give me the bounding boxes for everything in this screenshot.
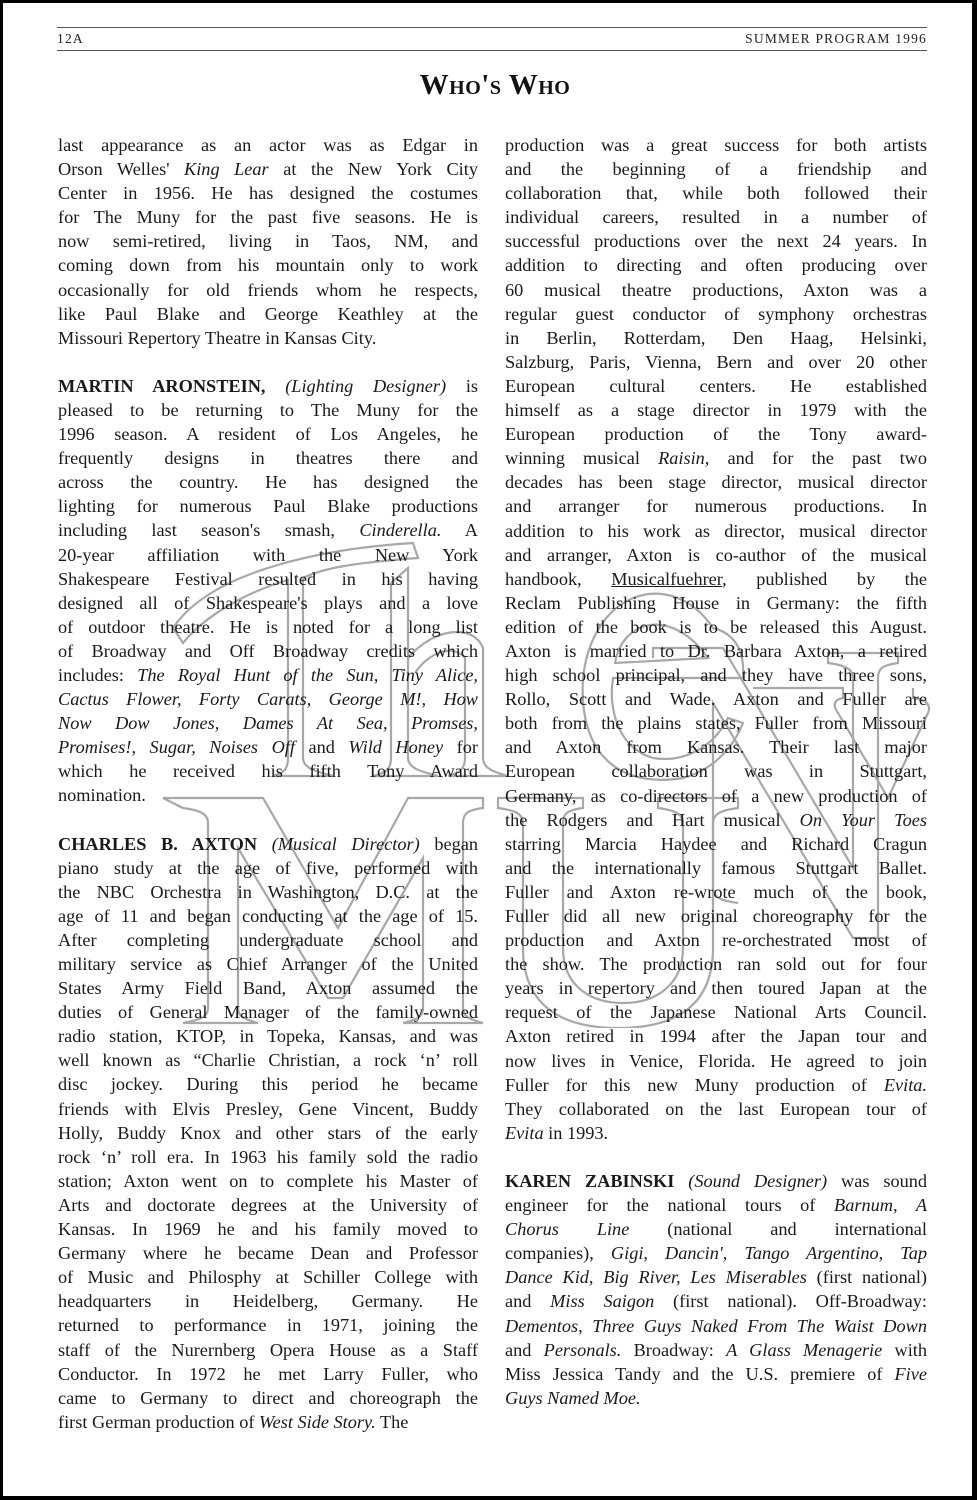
text-line: friends with Elvis Presley, Gene Vincent…: [58, 1097, 478, 1121]
text-line: and the beginning of a friendship and: [505, 157, 927, 181]
text-line: Dementos, Three Guys Naked From The Wais…: [505, 1314, 927, 1338]
text-line: nomination.: [58, 783, 478, 807]
text-line: addition to directing and often producin…: [505, 253, 927, 277]
underlined-title: Musicalfuehrer: [611, 569, 722, 589]
bio-karen-zabinski: KAREN ZABINSKI (Sound Designer) was soun…: [505, 1169, 927, 1410]
italic-title: Cinderella.: [359, 520, 441, 540]
italic-title: Personals.: [544, 1340, 622, 1360]
text-line: of outdoor theatre. He is noted for a lo…: [58, 615, 478, 639]
right-column: production was a great success for both …: [505, 133, 927, 1434]
text-line: addition to his work as director, musica…: [505, 519, 927, 543]
bio-name: MARTIN ARONSTEIN,: [58, 376, 266, 396]
text-line: last appearance as an actor was as Edgar…: [58, 133, 478, 157]
text-line: European collaboration was in Stuttgart,: [505, 759, 927, 783]
italic-title: Dementos, Three Guys Naked From The Wais…: [505, 1316, 927, 1336]
text-line: KAREN ZABINSKI (Sound Designer) was soun…: [505, 1169, 927, 1193]
italic-title: King Lear: [184, 159, 269, 179]
italic-title: Dance Kid, Big River, Les Miserables: [505, 1267, 807, 1287]
text-line: production was a great success for both …: [505, 133, 927, 157]
bio-charles-axton: CHARLES B. AXTON (Musical Director) bega…: [58, 832, 478, 1434]
text-line: the show. The production ran sold out fo…: [505, 952, 927, 976]
italic-title: A Glass Menagerie: [726, 1340, 882, 1360]
bio-continuation: last appearance as an actor was as Edgar…: [58, 133, 478, 350]
text-line: occasionally for old friends whom he res…: [58, 278, 478, 302]
bio-role: (Sound Designer): [688, 1171, 827, 1191]
text-line: collaboration that, while both followed …: [505, 181, 927, 205]
italic-title: Five: [895, 1364, 927, 1384]
text-line: for The Muny for the past five seasons. …: [58, 205, 478, 229]
text-line: now lives in Venice, Florida. He agreed …: [505, 1049, 927, 1073]
italic-title: Promises!, Sugar, Noises Off: [58, 737, 295, 757]
text-line: years in repertory and then toured Japan…: [505, 976, 927, 1000]
text-line: successful productions over the next 24 …: [505, 229, 927, 253]
bio-name: KAREN ZABINSKI: [505, 1171, 674, 1191]
italic-title: Guys Named Moe.: [505, 1388, 641, 1408]
text-line: like Paul Blake and George Keathley at t…: [58, 302, 478, 326]
text-line: handbook, Musicalfuehrer, published by t…: [505, 567, 927, 591]
text-line: and Axton from Kansas. Their last major: [505, 735, 927, 759]
italic-title: Now Dow Jones, Dames At Sea, Promses,: [58, 713, 478, 733]
bio-role: (Musical Director): [272, 834, 420, 854]
text-line: individual careers, resulted in a number…: [505, 205, 927, 229]
text-line: After completing undergraduate school an…: [58, 928, 478, 952]
text-line: Fuller and Axton re-wrote much of the bo…: [505, 880, 927, 904]
text-line: engineer for the national tours of Barnu…: [505, 1193, 927, 1217]
text-line: both from the plains states, Fuller from…: [505, 711, 927, 735]
text-line: disc jockey. During this period he becam…: [58, 1072, 478, 1096]
text-line: 20-year affiliation with the New York: [58, 543, 478, 567]
text-line: well known as “Charlie Christian, a rock…: [58, 1048, 478, 1072]
text-line: staff of the Nurernberg Opera House as a…: [58, 1338, 478, 1362]
italic-title: Gigi, Dancin', Tango Argentino, Tap: [611, 1243, 927, 1263]
text-line: production and Axton re-orchestrated mos…: [505, 928, 927, 952]
text-line: headquarters in Heidelberg, Germany. He: [58, 1289, 478, 1313]
italic-title: Barnum, A: [834, 1195, 927, 1215]
text-line: Dance Kid, Big River, Les Miserables (fi…: [505, 1265, 927, 1289]
text-line: frequently designs in theatres there and: [58, 446, 478, 470]
text-line: Axton retired in 1994 after the Japan to…: [505, 1024, 927, 1048]
text-line: decades has been stage director, musical…: [505, 470, 927, 494]
text-line: CHARLES B. AXTON (Musical Director) bega…: [58, 832, 478, 856]
text-line: and the internationally famous Stuttgart…: [505, 856, 927, 880]
text-line: coming down from his mountain only to wo…: [58, 253, 478, 277]
text-line: in Berlin, Rotterdam, Den Haag, Helsinki…: [505, 326, 927, 350]
text-line: Salzburg, Paris, Vienna, Bern and over 2…: [505, 350, 927, 374]
text-line: returned to performance in 1971, joining…: [58, 1313, 478, 1337]
italic-title: Evita.: [884, 1075, 927, 1095]
text-line: station; Axton went on to complete his M…: [58, 1169, 478, 1193]
text-line: Missouri Repertory Theatre in Kansas Cit…: [58, 326, 478, 350]
text-line: Now Dow Jones, Dames At Sea, Promses,: [58, 711, 478, 735]
text-line: regular guest conductor of symphony orch…: [505, 302, 927, 326]
text-line: includes: The Royal Hunt of the Sun, Tin…: [58, 663, 478, 687]
text-line: States Army Field Band, Axton assumed th…: [58, 976, 478, 1000]
text-line: including last season's smash, Cinderell…: [58, 518, 478, 542]
bio-role: (Lighting Designer): [285, 376, 446, 396]
text-line: MARTIN ARONSTEIN, (Lighting Designer) is: [58, 374, 478, 398]
text-line: lighting for numerous Paul Blake product…: [58, 494, 478, 518]
text-line: which he received his fifth Tony Award: [58, 759, 478, 783]
left-column: last appearance as an actor was as Edgar…: [58, 133, 478, 1458]
text-line: Chorus Line (national and international: [505, 1217, 927, 1241]
text-line: the NBC Orchestra in Washington, D.C. at…: [58, 880, 478, 904]
text-line: and Miss Saigon (first national). Off-Br…: [505, 1289, 927, 1313]
text-line: and Personals. Broadway: A Glass Menager…: [505, 1338, 927, 1362]
bio-axton-continued: production was a great success for both …: [505, 133, 927, 1145]
text-line: Germany where he became Dean and Profess…: [58, 1241, 478, 1265]
bio-name: CHARLES B. AXTON: [58, 834, 257, 854]
text-line: starring Marcia Haydee and Richard Cragu…: [505, 832, 927, 856]
text-line: Center in 1956. He has designed the cost…: [58, 181, 478, 205]
text-line: Orson Welles' King Lear at the New York …: [58, 157, 478, 181]
text-line: now semi-retired, living in Taos, NM, an…: [58, 229, 478, 253]
text-line: Evita in 1993.: [505, 1121, 927, 1145]
text-line: Holly, Buddy Knox and other stars of the…: [58, 1121, 478, 1145]
text-line: designed all of Shakespeare's plays and …: [58, 591, 478, 615]
text-line: high school principal, and they have thr…: [505, 663, 927, 687]
italic-title: Miss Saigon: [550, 1291, 654, 1311]
text-line: Axton is married to Dr. Barbara Axton, a…: [505, 639, 927, 663]
text-line: 1996 season. A resident of Los Angeles, …: [58, 422, 478, 446]
text-line: They collaborated on the last European t…: [505, 1097, 927, 1121]
text-line: 60 musical theatre productions, Axton wa…: [505, 278, 927, 302]
text-line: Fuller did all new original choreography…: [505, 904, 927, 928]
text-line: Arts and doctorate degrees at the Univer…: [58, 1193, 478, 1217]
text-line: Rollo, Scott and Wade. Axton and Fuller …: [505, 687, 927, 711]
text-line: came to Germany to direct and choreograp…: [58, 1386, 478, 1410]
text-line: pleased to be returning to The Muny for …: [58, 398, 478, 422]
italic-title: The Royal Hunt of the Sun, Tiny Alice,: [137, 665, 478, 685]
italic-title: Wild Honey: [348, 737, 443, 757]
text-line: Cactus Flower, Forty Carats, George M!, …: [58, 687, 478, 711]
text-line: duties of General Manager of the family-…: [58, 1000, 478, 1024]
italic-title: Raisin,: [658, 448, 709, 468]
text-line: Promises!, Sugar, Noises Off and Wild Ho…: [58, 735, 478, 759]
text-line: Miss Jessica Tandy and the U.S. premiere…: [505, 1362, 927, 1386]
text-line: edition of the book is to be released th…: [505, 615, 927, 639]
text-line: across the country. He has designed the: [58, 470, 478, 494]
text-line: winning musical Raisin, and for the past…: [505, 446, 927, 470]
text-line: first German production of West Side Sto…: [58, 1410, 478, 1434]
italic-title: On Your Toes: [800, 810, 927, 830]
program-page: 12A SUMMER PROGRAM 1996 Who's Who last a…: [3, 3, 972, 1496]
text-line: Kansas. In 1969 he and his family moved …: [58, 1217, 478, 1241]
text-line: Reclam Publishing House in Germany: the …: [505, 591, 927, 615]
text-line: request of the Japanese National Arts Co…: [505, 1000, 927, 1024]
page-number: 12A: [57, 31, 84, 47]
italic-title: Chorus Line: [505, 1219, 629, 1239]
text-line: European production of the Tony award-: [505, 422, 927, 446]
text-line: Conductor. In 1972 he met Larry Fuller, …: [58, 1362, 478, 1386]
text-line: Shakespeare Festival resulted in his hav…: [58, 567, 478, 591]
text-line: rock ‘n’ roll era. In 1963 his family so…: [58, 1145, 478, 1169]
page-title: Who's Who: [3, 69, 972, 102]
text-line: piano study at the age of five, performe…: [58, 856, 478, 880]
text-line: of Broadway and Off Broadway credits whi…: [58, 639, 478, 663]
italic-title: Cactus Flower, Forty Carats, George M!, …: [58, 689, 478, 709]
text-line: the Rodgers and Hart musical On Your Toe…: [505, 808, 927, 832]
text-line: himself as a stage director in 1979 with…: [505, 398, 927, 422]
text-line: radio station, KTOP, in Topeka, Kansas, …: [58, 1024, 478, 1048]
text-line: Fuller for this new Muny production of E…: [505, 1073, 927, 1097]
text-line: Germany, as co-directors of a new produc…: [505, 784, 927, 808]
text-line: and arranger, Axton is co-author of the …: [505, 543, 927, 567]
bio-martin-aronstein: MARTIN ARONSTEIN, (Lighting Designer) is…: [58, 374, 478, 808]
text-line: military service as Chief Arranger of th…: [58, 952, 478, 976]
running-header: 12A SUMMER PROGRAM 1996: [57, 27, 927, 51]
text-line: age of 11 and began conducting at the ag…: [58, 904, 478, 928]
italic-title: Evita: [505, 1123, 544, 1143]
text-line: and arranger for numerous productions. I…: [505, 494, 927, 518]
publication-title: SUMMER PROGRAM 1996: [745, 31, 927, 47]
text-line: Guys Named Moe.: [505, 1386, 927, 1410]
text-line: companies), Gigi, Dancin', Tango Argenti…: [505, 1241, 927, 1265]
text-line: of Music and Philosphy at Schiller Colle…: [58, 1265, 478, 1289]
italic-title: West Side Story.: [259, 1412, 376, 1432]
text-line: European cultural centers. He establishe…: [505, 374, 927, 398]
